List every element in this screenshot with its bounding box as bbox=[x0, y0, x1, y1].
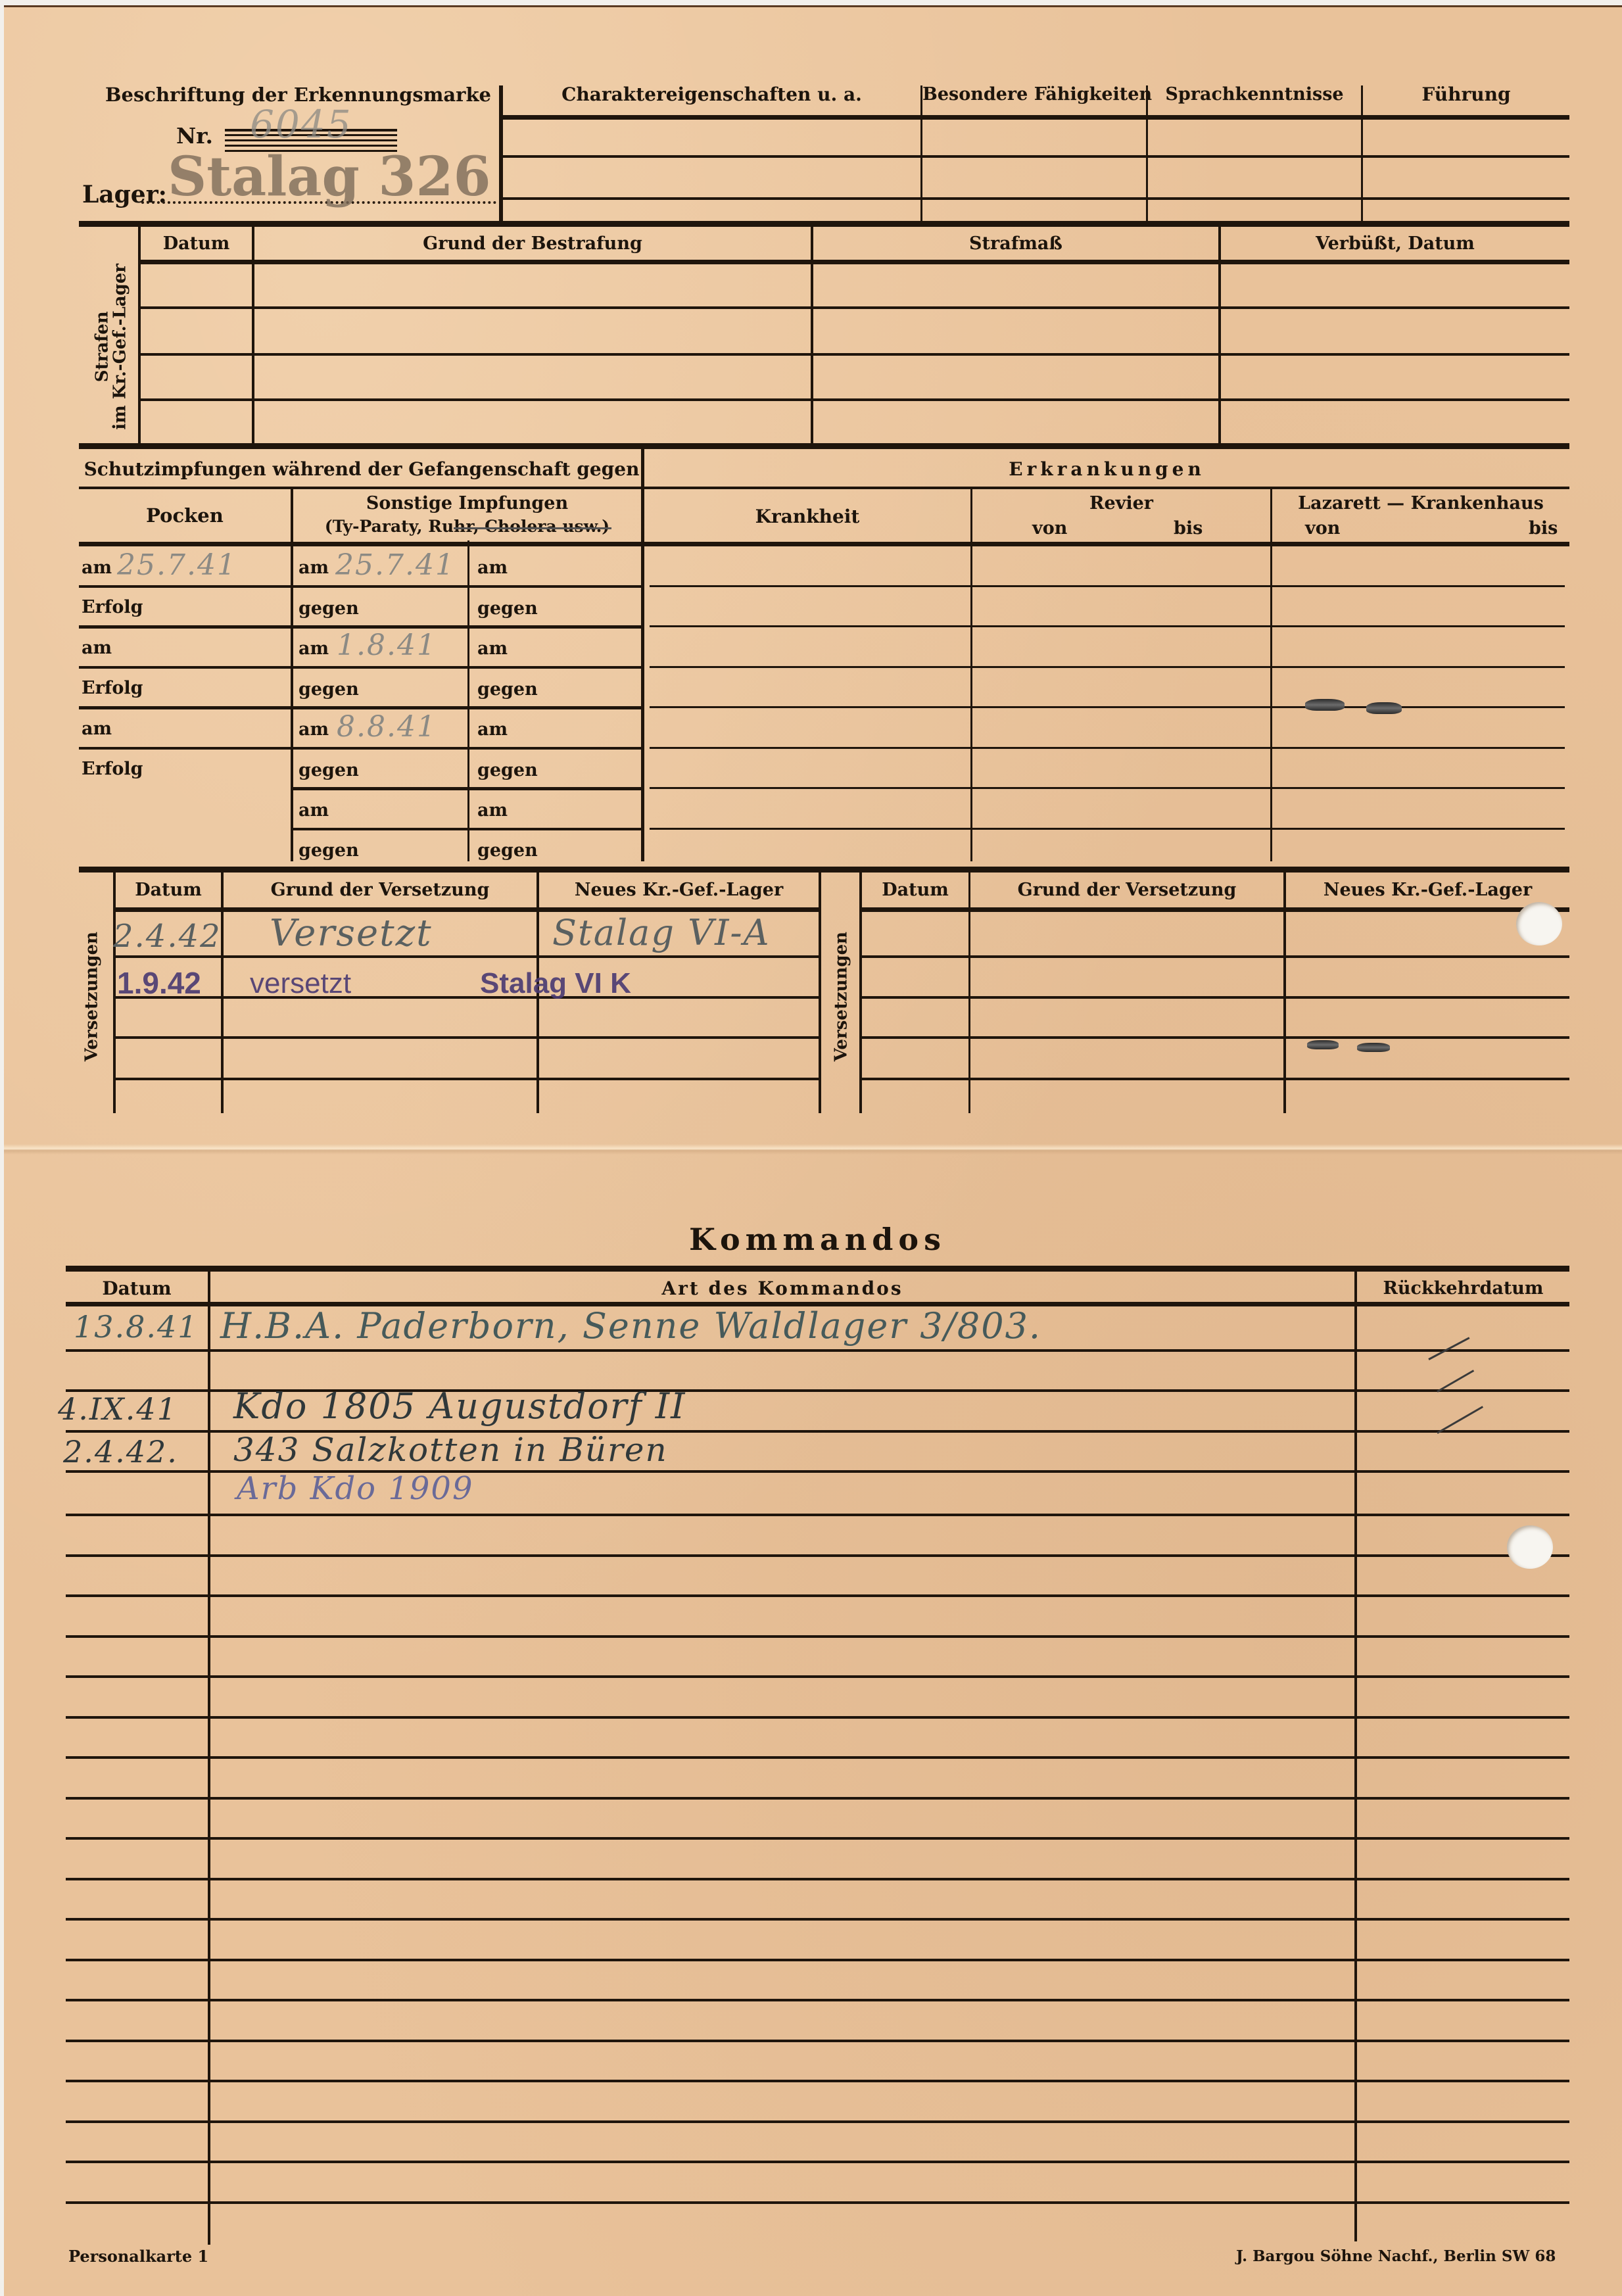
sonstige-date-1: 25.7.41 bbox=[335, 551, 455, 580]
form-name: Personalkarte 1 bbox=[68, 2249, 208, 2264]
col-sprachkenntnisse: Sprachkenntnisse bbox=[1148, 85, 1361, 103]
kommandos-col-art: Art des Kommandos bbox=[210, 1280, 1354, 1298]
versetzung-lager-stamp: Stalag VI K bbox=[480, 969, 631, 998]
strafen-side-label-line2: im Kr.-Gef.-Lager bbox=[112, 261, 130, 432]
versetzung-lager: Stalag VI-A bbox=[552, 915, 771, 951]
kommandos-col-rueckkehr: Rückkehrdatum bbox=[1357, 1280, 1569, 1297]
lager-stamp: Stalag 326 bbox=[168, 150, 491, 204]
kommando-art: H.B.A. Paderborn, Senne Waldlager 3/803. bbox=[220, 1308, 1041, 1344]
versetzungen-side-label-left: Versetzungen bbox=[83, 898, 101, 1095]
versetzungen-right-col-datum: Datum bbox=[862, 881, 968, 899]
strafen-side-label-line1: Strafen bbox=[94, 261, 112, 432]
kommando-datum: 13.8.41 bbox=[74, 1312, 199, 1342]
col-charaktereigenschaften: Charaktereigenschaften u. a. bbox=[503, 85, 920, 104]
sonstige-label: am bbox=[477, 640, 508, 658]
versetzungen-right-col-lager: Neues Kr.-Gef.-Lager bbox=[1286, 881, 1569, 899]
versetzung-grund: Versetzt bbox=[270, 915, 433, 952]
pocken-label: am bbox=[82, 639, 112, 657]
versetzungen-left-col-grund: Grund der Versetzung bbox=[224, 881, 537, 899]
col-besondere-faehigkeiten: Besondere Fähigkeiten bbox=[922, 85, 1146, 103]
sonstige-label: am bbox=[477, 721, 508, 738]
strafen-side-label: Strafen im Kr.-Gef.-Lager bbox=[94, 261, 130, 432]
kommando-art: 343 Salzkotten in Büren bbox=[233, 1433, 668, 1466]
pocken-date-1: 25.7.41 bbox=[117, 551, 237, 580]
versetzungen-side-label-right: Versetzungen bbox=[832, 898, 850, 1095]
sonstige-label: am bbox=[298, 640, 329, 658]
kommando-art: Kdo 1805 Augustdorf II bbox=[233, 1389, 686, 1424]
punch-hole bbox=[1507, 1525, 1553, 1569]
sonstige-label: gegen bbox=[477, 761, 538, 779]
fold-crease bbox=[4, 1144, 1622, 1155]
pocken-label: Erfolg bbox=[82, 598, 143, 616]
erkennungsmarke-nr-value: 6045 bbox=[250, 105, 352, 143]
lazarett-bis: bis bbox=[1529, 519, 1558, 537]
versetzung-grund-stamp: versetzt bbox=[250, 969, 351, 998]
col-fuehrung: Führung bbox=[1363, 85, 1569, 104]
col-revier: Revier bbox=[972, 494, 1270, 512]
sonstige-label: am bbox=[298, 801, 329, 819]
sonstige-date-3: 8.8.41 bbox=[337, 713, 437, 742]
punch-hole bbox=[1516, 902, 1562, 945]
sonstige-label: gegen bbox=[477, 842, 538, 859]
sonstige-label: am bbox=[477, 559, 508, 577]
pocken-label: am bbox=[82, 720, 112, 738]
pocken-label: Erfolg bbox=[82, 760, 143, 778]
strafen-col-datum: Datum bbox=[141, 235, 252, 252]
kommando-datum: 4.IX.41 bbox=[58, 1394, 178, 1424]
sonstige-label: am bbox=[298, 721, 329, 738]
printer-imprint: J. Bargou Söhne Nachf., Berlin SW 68 bbox=[1236, 2249, 1556, 2264]
sonstige-label: gegen bbox=[298, 842, 359, 859]
sonstige-label: gegen bbox=[298, 761, 359, 779]
versetzungen-left-col-datum: Datum bbox=[116, 881, 221, 899]
strikethrough bbox=[454, 527, 611, 529]
sonstige-label: gegen bbox=[298, 600, 359, 617]
kommando-datum: 2.4.42. bbox=[63, 1437, 178, 1467]
sonstige-label: am bbox=[477, 801, 508, 819]
sonstige-date-2: 1.8.41 bbox=[337, 631, 437, 660]
col-pocken: Pocken bbox=[79, 506, 291, 525]
col-lazarett: Lazarett — Krankenhaus bbox=[1272, 494, 1569, 512]
kommando-art: Arb Kdo 1909 bbox=[237, 1473, 474, 1504]
sonstige-label: gegen bbox=[298, 681, 359, 698]
pocken-label: am bbox=[82, 559, 112, 577]
sonstige-label: am bbox=[298, 559, 329, 577]
col-krankheit: Krankheit bbox=[644, 508, 970, 526]
erkrankungen-heading: Erkrankungen bbox=[644, 460, 1569, 479]
kommandos-heading: Kommandos bbox=[66, 1224, 1569, 1255]
strafen-col-verbuesst: Verbüßt, Datum bbox=[1221, 235, 1569, 252]
staple-hole bbox=[1305, 699, 1345, 711]
versetzung-datum-stamp: 1.9.42 bbox=[117, 968, 201, 998]
staple-hole bbox=[1366, 702, 1402, 714]
versetzungen-right-col-grund: Grund der Versetzung bbox=[970, 881, 1283, 899]
col-sonstige-impfungen: Sonstige Impfungen bbox=[293, 494, 641, 512]
pocken-label: Erfolg bbox=[82, 679, 143, 697]
sonstige-label: gegen bbox=[477, 681, 538, 698]
strafen-col-strafmass: Strafmaß bbox=[813, 235, 1218, 252]
kommandos-col-datum: Datum bbox=[66, 1280, 208, 1298]
versetzungen-left-col-lager: Neues Kr.-Gef.-Lager bbox=[539, 881, 819, 899]
staple-hole bbox=[1357, 1043, 1390, 1052]
revier-von: von bbox=[1032, 519, 1067, 537]
lazarett-von: von bbox=[1305, 519, 1340, 537]
nr-label: Nr. bbox=[176, 125, 213, 147]
versetzung-datum: 2.4.42 bbox=[113, 921, 222, 952]
schutzimpfungen-heading: Schutzimpfungen während der Gefangenscha… bbox=[79, 460, 644, 479]
strafen-col-grund: Grund der Bestrafung bbox=[254, 235, 811, 252]
sonstige-label: gegen bbox=[477, 600, 538, 617]
revier-bis: bis bbox=[1174, 519, 1203, 537]
staple-hole bbox=[1307, 1040, 1339, 1049]
col-sonstige-impfungen-sub: (Ty-Paraty, Ruhr, Cholera usw.) bbox=[293, 518, 641, 535]
